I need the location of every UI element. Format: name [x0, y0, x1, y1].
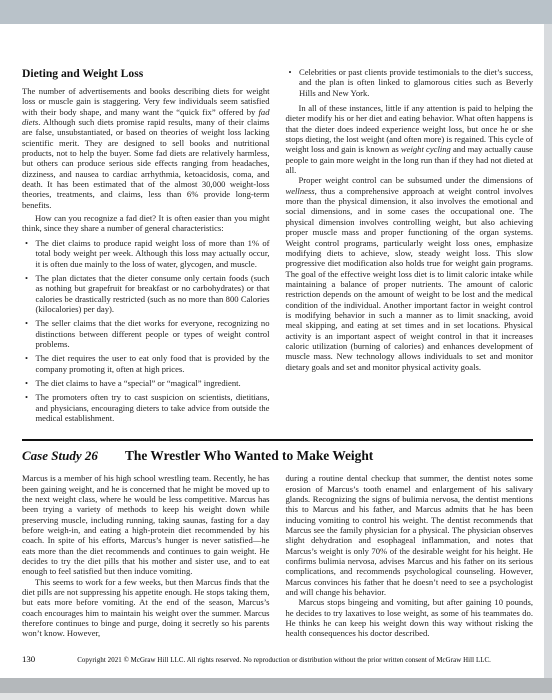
article-left-column: Dieting and Weight Loss The number of ad… — [22, 67, 270, 423]
case-study-columns: Marcus is a member of his high school wr… — [22, 473, 533, 639]
case-paragraph: This seems to work for a few weeks, but … — [22, 577, 270, 639]
page-right-edge — [544, 24, 552, 678]
section-title: Dieting and Weight Loss — [22, 67, 270, 80]
case-paragraph: Marcus is a member of his high school wr… — [22, 473, 270, 576]
case-study-header: Case Study 26 The Wrestler Who Wanted to… — [22, 448, 533, 464]
bullet-item: The diet requires the user to eat only f… — [22, 353, 270, 374]
weight-cycling-paragraph: In all of these instances, little if any… — [286, 103, 534, 175]
article-right-column: Celebrities or past clients provide test… — [286, 67, 534, 423]
bullet-item: The seller claims that the diet works fo… — [22, 318, 270, 349]
case-study-divider-rule — [22, 439, 533, 441]
lead-in-paragraph: How can you recognize a fad diet? It is … — [22, 213, 270, 234]
wellness-text-1: Proper weight control can be subsumed un… — [299, 175, 534, 185]
intro-text-2: . Although such diets promise rapid resu… — [22, 117, 270, 210]
wellness-text-2: , thus a comprehensive approach at weigh… — [286, 186, 534, 372]
cycling-italic-term: weight cycling — [401, 144, 451, 154]
case-paragraph: Marcus stops bingeing and vomiting, but … — [286, 597, 534, 638]
intro-text-1: The number of advertisements and books d… — [22, 86, 270, 117]
intro-paragraph: The number of advertisements and books d… — [22, 86, 270, 210]
page-footer: 130 Copyright 2021 © McGraw Hill LLC. Al… — [22, 654, 533, 664]
bullet-item: The promoters often try to cast suspicio… — [22, 392, 270, 423]
article-columns: Dieting and Weight Loss The number of ad… — [22, 67, 533, 423]
case-paragraph: during a routine dental checkup that sum… — [286, 473, 534, 597]
bullet-item: Celebrities or past clients provide test… — [286, 67, 534, 98]
bottom-window-bar — [0, 678, 552, 693]
page-content: Dieting and Weight Loss The number of ad… — [22, 67, 533, 639]
case-study-label: Case Study 26 — [22, 448, 125, 464]
case-study-left-column: Marcus is a member of his high school wr… — [22, 473, 270, 639]
case-study-right-column: during a routine dental checkup that sum… — [286, 473, 534, 639]
page-number: 130 — [22, 654, 35, 664]
copyright-notice: Copyright 2021 © McGraw Hill LLC. All ri… — [77, 657, 491, 664]
bullet-item: The diet claims to produce rapid weight … — [22, 238, 270, 269]
case-study-title: The Wrestler Who Wanted to Make Weight — [125, 448, 373, 464]
wellness-paragraph: Proper weight control can be subsumed un… — [286, 175, 534, 372]
bullet-item: The plan dictates that the dieter consum… — [22, 273, 270, 314]
bottom-edge — [0, 693, 552, 700]
wellness-italic-term: wellness — [286, 186, 315, 196]
top-window-bar — [0, 0, 552, 24]
textbook-page: Dieting and Weight Loss The number of ad… — [0, 0, 552, 700]
bullet-item: The diet claims to have a “special” or “… — [22, 378, 270, 388]
fad-diet-bullet-list: The diet claims to produce rapid weight … — [22, 238, 270, 424]
